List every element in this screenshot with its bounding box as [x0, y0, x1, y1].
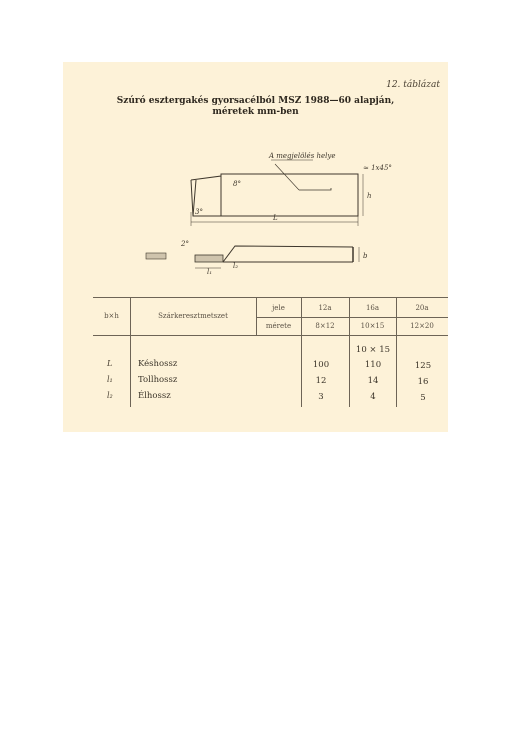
row-value: 12 — [301, 376, 341, 386]
tool-drawing: A megjelölés helye ≈ 1x45° L h 8° 3° 2° … — [63, 62, 448, 292]
row-symbol: L — [107, 359, 112, 368]
col-size-1: 8×12 — [301, 322, 349, 330]
col-divider-3 — [301, 297, 302, 407]
col-size-3: 12×20 — [396, 322, 448, 330]
row-label: Élhossz — [138, 391, 171, 401]
row-label: Tollhossz — [138, 375, 177, 385]
row-value: 4 — [353, 392, 393, 402]
corner-header: b×h — [93, 312, 130, 320]
col-divider-4 — [349, 297, 350, 407]
row-value: 125 — [403, 361, 443, 371]
subheader-divider — [256, 317, 448, 318]
col-code-1: 12a — [301, 304, 349, 312]
scanned-page: 12. táblázat Szúró esztergakés gyorsacél… — [63, 62, 448, 432]
label-header: Szárkeresztmetszet — [130, 312, 256, 320]
table-header-bottom — [93, 335, 448, 336]
label-angle-top: 8° — [233, 180, 241, 188]
col-code-2: 16a — [349, 304, 396, 312]
row-label: Késhossz — [138, 359, 177, 369]
row-symbol: l₂ — [107, 391, 113, 400]
row-symbol: l₁ — [107, 375, 113, 384]
span-note: 10 × 15 — [353, 345, 393, 355]
table-top-border — [93, 297, 448, 298]
label-width: b — [363, 252, 368, 260]
label-tip-length: l₁ — [207, 268, 212, 276]
row-value: 14 — [353, 376, 393, 386]
subheader-code: jele — [256, 304, 301, 312]
row-value: 100 — [301, 360, 341, 370]
col-size-2: 10×15 — [349, 322, 396, 330]
subheader-size: mérete — [256, 322, 301, 330]
label-chamfer: ≈ 1x45° — [363, 164, 392, 172]
row-value: 5 — [403, 393, 443, 403]
col-code-3: 20a — [396, 304, 448, 312]
label-angle-side: 3° — [195, 208, 203, 216]
col-divider-5 — [396, 297, 397, 407]
label-hardening-place: A megjelölés helye — [268, 152, 336, 160]
label-angle-small: 2° — [180, 240, 189, 248]
row-value: 110 — [353, 360, 393, 370]
label-length: L — [272, 214, 278, 222]
row-value: 16 — [403, 377, 443, 387]
row-value: 3 — [301, 392, 341, 402]
label-height: h — [367, 192, 372, 200]
label-edge-length: l₂ — [233, 262, 238, 270]
